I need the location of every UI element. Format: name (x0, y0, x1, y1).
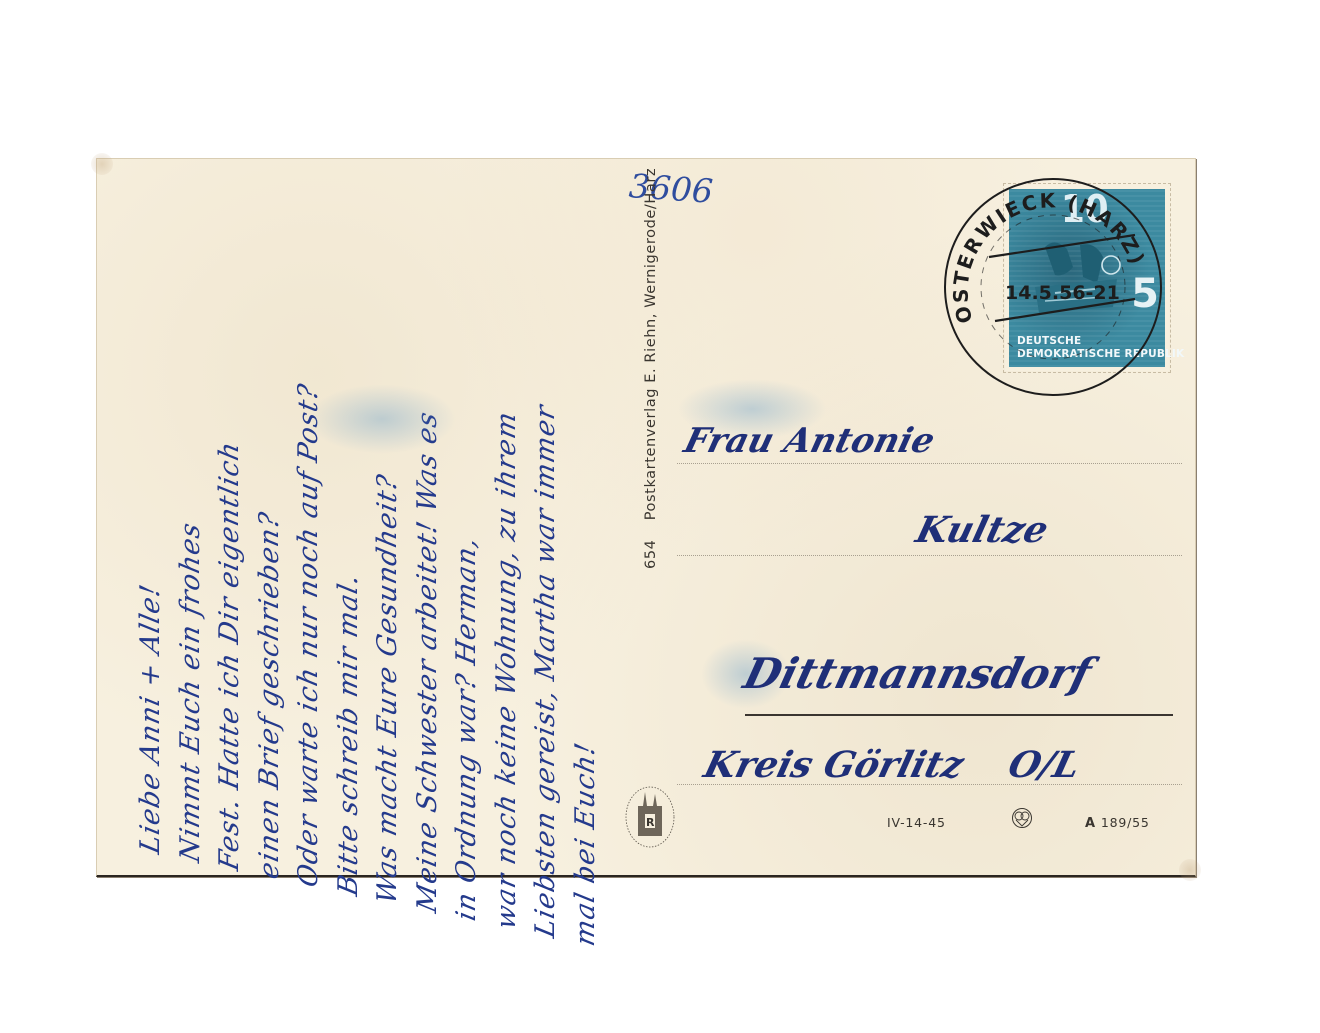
district-name: Kreis Görlitz (700, 744, 968, 786)
message-line: Meine Schwester arbeitet! Was es (408, 248, 448, 916)
message-line: Fest. Hatte ich Dir eigentlich (210, 206, 250, 874)
publisher-number: 654 (643, 540, 659, 569)
postmark-date: 14.5.56-21 (1005, 282, 1120, 304)
district-suffix: O/L (1004, 744, 1084, 786)
postcard: Liebe Anni + Alle!Nimmt Euch ein frohesF… (96, 158, 1196, 877)
message-line: Was macht Eure Gesundheit? (368, 239, 408, 907)
address-line-1 (677, 463, 1182, 464)
publisher-imprint: 654 Postkartenverlag E. Riehn, Wernigero… (643, 168, 659, 569)
catalog-number: 3606 (628, 166, 715, 211)
message-line: Oder warte ich nur noch auf Post? (289, 223, 329, 891)
article-prefix: A (1085, 816, 1096, 831)
address-district: Kreis Görlitz O/L (700, 744, 1085, 786)
message-line: mal bei Euch! (566, 281, 606, 949)
article-code: A189/55 (1085, 815, 1150, 831)
message-line: Bitte schreib mir mal. (329, 231, 369, 899)
message-line: Nimmt Euch ein frohes (171, 197, 211, 865)
message-area: Liebe Anni + Alle!Nimmt Euch ein frohesF… (97, 159, 617, 875)
publisher-name: Postkartenverlag E. Riehn, Wernigerode/H… (643, 168, 659, 520)
ink-smudge (307, 384, 457, 454)
corner-wear (1179, 859, 1201, 881)
trademark-icon (1011, 807, 1033, 829)
message-line: in Ordnung war? Herman, (447, 256, 487, 924)
address-town: Dittmannsdorf (739, 649, 1096, 698)
article-number: 189/55 (1101, 815, 1150, 830)
address-name: Frau Antonie (680, 421, 939, 461)
handwritten-message: Liebe Anni + Alle!Nimmt Euch ein frohesF… (131, 189, 611, 951)
address-line-2 (677, 555, 1182, 556)
postmark-cancellation: OSTERWIECK (HARZ) 14.5.56-21 (939, 171, 1167, 403)
address-line-3 (745, 714, 1173, 716)
message-line: Liebe Anni + Alle! (131, 189, 171, 857)
message-line: einen Brief geschrieben? (250, 214, 290, 882)
message-line: Liebsten gereist, Martha war immer (526, 273, 566, 941)
message-line: war noch keine Wohnung, zu ihrem (487, 265, 527, 933)
svg-text:R: R (646, 816, 655, 829)
series-code: IV-14-45 (887, 815, 946, 830)
publisher-logo-icon: R (623, 784, 677, 850)
address-surname: Kultze (912, 509, 1053, 551)
